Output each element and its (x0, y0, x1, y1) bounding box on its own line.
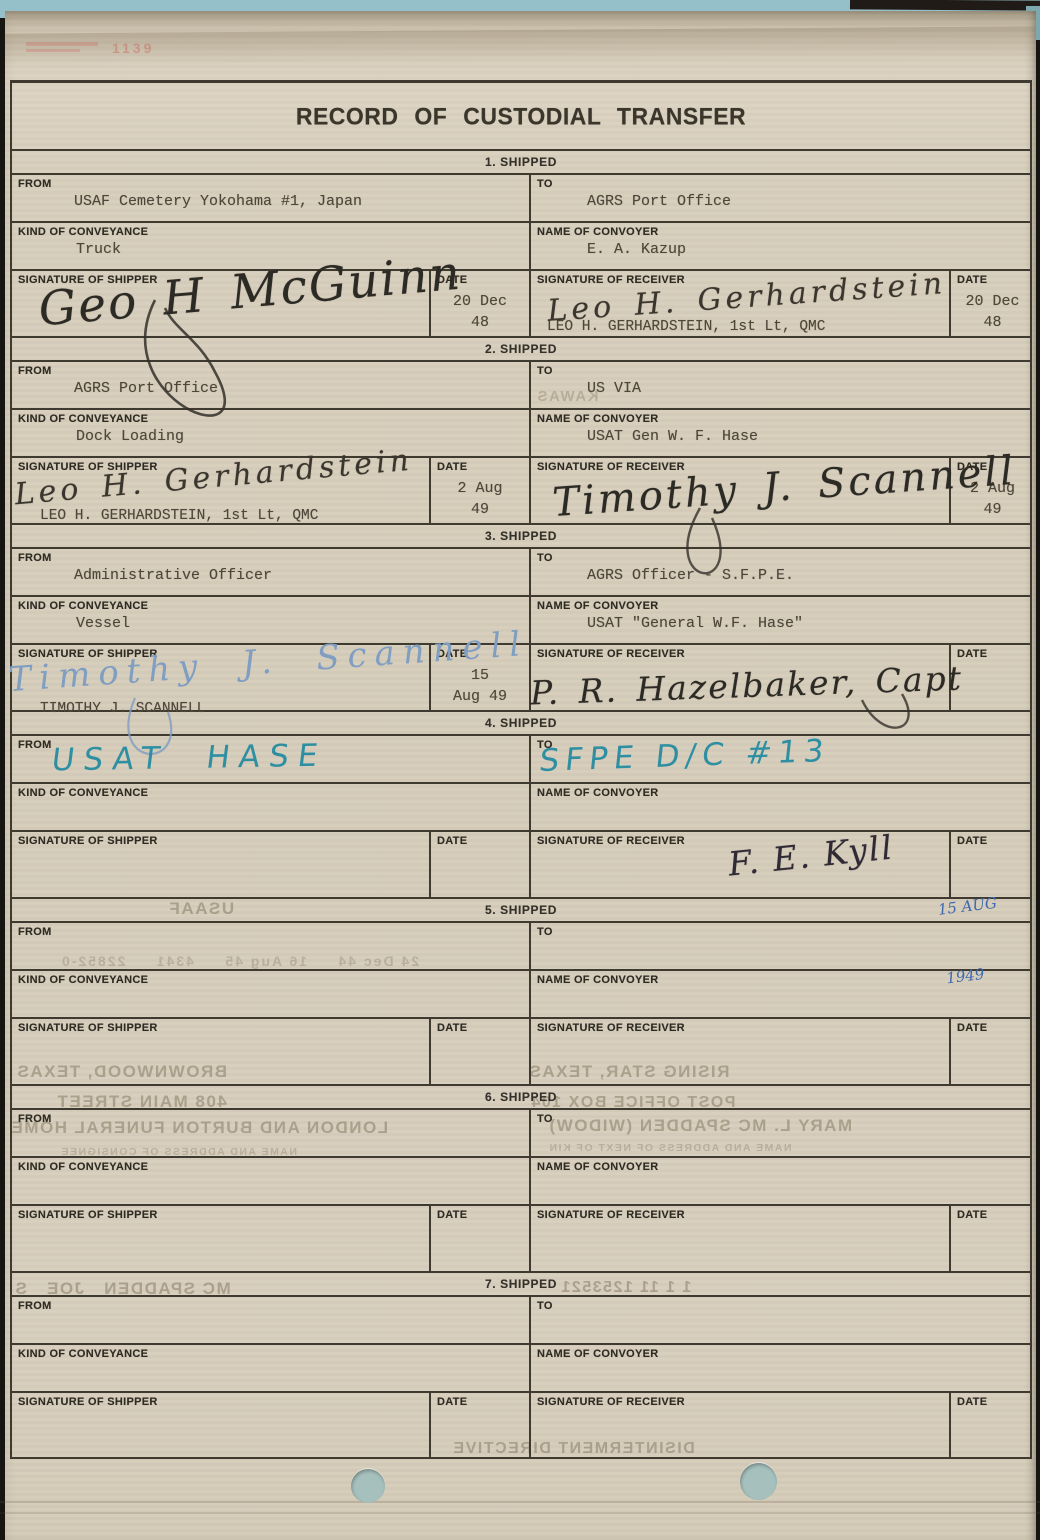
date-label: DATE (437, 648, 523, 660)
stamp-illegible-line (26, 42, 98, 46)
section-2-receiver-date-cell: DATE 2 Aug 49 (949, 458, 1034, 523)
section-3-signature-row: SIGNATURE OF SHIPPER TIMOTHY J. SCANNELL… (12, 643, 1030, 710)
form-title-row: RECORD OF CUSTODIAL TRANSFER (12, 83, 1030, 149)
sig-shipper-label: SIGNATURE OF SHIPPER (18, 274, 423, 286)
convoyer-label: NAME OF CONVOYER (537, 226, 1028, 238)
section-3-from-cell: FROM Administrative Officer (12, 549, 529, 595)
section-3-conveyance-cell: KIND OF CONVEYANCE Vessel (12, 597, 529, 643)
section-7-conveyance-cell: KIND OF CONVEYANCE (12, 1345, 529, 1391)
to-label: TO (537, 365, 1028, 377)
date-label: DATE (957, 461, 1028, 473)
section-4-receiver-sig-cell: SIGNATURE OF RECEIVER (529, 832, 949, 897)
section-7-signature-row: SIGNATURE OF SHIPPER DATE SIGNATURE OF R… (12, 1391, 1030, 1458)
conveyance-label: KIND OF CONVEYANCE (18, 1348, 523, 1360)
section-6-from-cell: FROM (12, 1110, 529, 1156)
scanned-document-page: { "scan": { "stamp_number": "1139", "pap… (0, 0, 1040, 1540)
section-2-convoyer-value: USAT Gen W. F. Hase (587, 428, 1028, 445)
punch-hole (740, 1463, 777, 1500)
section-6-signature-row: SIGNATURE OF SHIPPER DATE SIGNATURE OF R… (12, 1204, 1030, 1271)
section-3-shipper-date-2: Aug 49 (437, 688, 523, 705)
section-3-to-cell: TO AGRS Officer - S.F.P.E. (529, 549, 1034, 595)
form-title: RECORD OF CUSTODIAL TRANSFER (296, 102, 746, 130)
date-label: DATE (437, 1209, 523, 1221)
section-2-shipper-date-cell: DATE 2 Aug 49 (429, 458, 529, 523)
section-5-from-to-row: FROM TO (12, 921, 1030, 969)
section-6-shipper-date-cell: DATE (429, 1206, 529, 1271)
section-1-shipper-date-2: 48 (437, 314, 523, 331)
paper-crease (5, 26, 1036, 79)
section-1-shipper-date-1: 20 Dec (437, 293, 523, 310)
section-7-shipper-sig-cell: SIGNATURE OF SHIPPER (12, 1393, 429, 1458)
section-3-conveyance-row: KIND OF CONVEYANCE Vessel NAME OF CONVOY… (12, 595, 1030, 643)
section-1-from-value: USAF Cemetery Yokohama #1, Japan (74, 193, 523, 210)
sig-receiver-label: SIGNATURE OF RECEIVER (537, 1022, 943, 1034)
section-1-signature-row: SIGNATURE OF SHIPPER DATE 20 Dec 48 SIGN… (12, 269, 1030, 336)
section-1-receiver-sig-cell: SIGNATURE OF RECEIVER LEO H. GERHARDSTEI… (529, 271, 949, 336)
stamp-illegible-line (26, 49, 80, 52)
section-1-header: 1. SHIPPED (12, 149, 1030, 173)
date-label: DATE (437, 835, 523, 847)
conveyance-label: KIND OF CONVEYANCE (18, 413, 523, 425)
sig-receiver-label: SIGNATURE OF RECEIVER (537, 1396, 943, 1408)
section-1-from-cell: FROM USAF Cemetery Yokohama #1, Japan (12, 175, 529, 221)
to-label: TO (537, 739, 1028, 751)
from-label: FROM (18, 365, 523, 377)
section-4: 4. SHIPPED FROM TO KIND OF CONVEYANCE NA… (12, 710, 1030, 897)
section-3-conveyance-value: Vessel (76, 615, 523, 632)
section-7-header: 7. SHIPPED (12, 1271, 1030, 1295)
section-1-conveyance-cell: KIND OF CONVEYANCE Truck (12, 223, 529, 269)
section-2-shipper-typed-name: LEO H. GERHARDSTEIN, 1st Lt, QMC (40, 508, 318, 524)
date-label: DATE (437, 1396, 523, 1408)
section-7-shipper-date-cell: DATE (429, 1393, 529, 1458)
section-4-from-to-row: FROM TO (12, 734, 1030, 782)
sig-shipper-label: SIGNATURE OF SHIPPER (18, 835, 423, 847)
section-4-receiver-date-cell: DATE (949, 832, 1034, 897)
section-1-receiver-typed-name: LEO H. GERHARDSTEIN, 1st Lt, QMC (547, 319, 825, 335)
section-5-shipper-sig-cell: SIGNATURE OF SHIPPER (12, 1019, 429, 1084)
section-3-from-value: Administrative Officer (74, 567, 523, 584)
section-6: 6. SHIPPED FROM TO KIND OF CONVEYANCE NA… (12, 1084, 1030, 1271)
date-label: DATE (957, 1209, 1028, 1221)
date-label: DATE (957, 274, 1028, 286)
sig-shipper-label: SIGNATURE OF SHIPPER (18, 461, 423, 473)
stamp-number: 1139 (112, 40, 154, 56)
section-2-signature-row: SIGNATURE OF SHIPPER LEO H. GERHARDSTEIN… (12, 456, 1030, 523)
scan-dark-corner (850, 0, 1040, 11)
section-2-convoyer-cell: NAME OF CONVOYER USAT Gen W. F. Hase (529, 410, 1034, 456)
punch-hole (351, 1469, 385, 1503)
section-2-to-cell: TO US VIA (529, 362, 1034, 408)
date-label: DATE (437, 461, 523, 473)
conveyance-label: KIND OF CONVEYANCE (18, 1161, 523, 1173)
section-7-convoyer-cell: NAME OF CONVOYER (529, 1345, 1034, 1391)
from-label: FROM (18, 178, 523, 190)
section-1-convoyer-value: E. A. Kazup (587, 241, 1028, 258)
section-6-convoyer-cell: NAME OF CONVOYER (529, 1158, 1034, 1204)
section-1-receiver-date-2: 48 (957, 314, 1028, 331)
date-label: DATE (957, 1396, 1028, 1408)
sig-shipper-label: SIGNATURE OF SHIPPER (18, 1209, 423, 1221)
section-2-from-cell: FROM AGRS Port Office (12, 362, 529, 408)
section-6-shipper-sig-cell: SIGNATURE OF SHIPPER (12, 1206, 429, 1271)
to-label: TO (537, 552, 1028, 564)
section-2-conveyance-value: Dock Loading (76, 428, 523, 445)
section-1-to-cell: TO AGRS Port Office (529, 175, 1034, 221)
section-2-header: 2. SHIPPED (12, 336, 1030, 360)
section-4-shipper-sig-cell: SIGNATURE OF SHIPPER (12, 832, 429, 897)
section-2-from-value: AGRS Port Office (74, 380, 523, 397)
section-1: 1. SHIPPED FROM USAF Cemetery Yokohama #… (12, 149, 1030, 336)
to-label: TO (537, 178, 1028, 190)
section-6-from-to-row: FROM TO (12, 1108, 1030, 1156)
section-3-convoyer-value: USAT "General W.F. Hase" (587, 615, 1028, 632)
section-3-receiver-date-cell: DATE (949, 645, 1034, 710)
underlying-page-edge (0, 1501, 1040, 1503)
from-label: FROM (18, 1113, 523, 1125)
section-4-conveyance-cell: KIND OF CONVEYANCE (12, 784, 529, 830)
section-2-from-to-row: FROM AGRS Port Office TO US VIA (12, 360, 1030, 408)
conveyance-label: KIND OF CONVEYANCE (18, 600, 523, 612)
sig-receiver-label: SIGNATURE OF RECEIVER (537, 461, 943, 473)
section-2-conveyance-row: KIND OF CONVEYANCE Dock Loading NAME OF … (12, 408, 1030, 456)
section-5-receiver-date-cell: DATE (949, 1019, 1034, 1084)
sig-shipper-label: SIGNATURE OF SHIPPER (18, 1396, 423, 1408)
conveyance-label: KIND OF CONVEYANCE (18, 787, 523, 799)
section-2-receiver-date-2: 49 (957, 501, 1028, 518)
section-4-conveyance-row: KIND OF CONVEYANCE NAME OF CONVOYER (12, 782, 1030, 830)
section-5-to-cell: TO (529, 923, 1034, 969)
section-3: 3. SHIPPED FROM Administrative Officer T… (12, 523, 1030, 710)
sig-receiver-label: SIGNATURE OF RECEIVER (537, 648, 943, 660)
section-6-to-cell: TO (529, 1110, 1034, 1156)
section-6-receiver-date-cell: DATE (949, 1206, 1034, 1271)
sig-receiver-label: SIGNATURE OF RECEIVER (537, 1209, 943, 1221)
section-7-receiver-sig-cell: SIGNATURE OF RECEIVER (529, 1393, 949, 1458)
convoyer-label: NAME OF CONVOYER (537, 1161, 1028, 1173)
section-6-header: 6. SHIPPED (12, 1084, 1030, 1108)
section-1-to-value: AGRS Port Office (587, 193, 1028, 210)
sig-shipper-label: SIGNATURE OF SHIPPER (18, 1022, 423, 1034)
convoyer-label: NAME OF CONVOYER (537, 787, 1028, 799)
section-3-shipper-date-1: 15 (437, 667, 523, 684)
sig-shipper-label: SIGNATURE OF SHIPPER (18, 648, 423, 660)
faint-red-stamp: 1139 (26, 42, 98, 55)
to-label: TO (537, 1113, 1028, 1125)
section-2-receiver-sig-cell: SIGNATURE OF RECEIVER (529, 458, 949, 523)
section-3-shipper-date-cell: DATE 15 Aug 49 (429, 645, 529, 710)
section-4-shipper-date-cell: DATE (429, 832, 529, 897)
section-7-from-to-row: FROM TO (12, 1295, 1030, 1343)
section-2-receiver-date-1: 2 Aug (957, 480, 1028, 497)
section-2-conveyance-cell: KIND OF CONVEYANCE Dock Loading (12, 410, 529, 456)
section-6-receiver-sig-cell: SIGNATURE OF RECEIVER (529, 1206, 949, 1271)
section-1-shipper-sig-cell: SIGNATURE OF SHIPPER (12, 271, 429, 336)
conveyance-label: KIND OF CONVEYANCE (18, 226, 523, 238)
section-7-from-cell: FROM (12, 1297, 529, 1343)
section-1-receiver-date-cell: DATE 20 Dec 48 (949, 271, 1034, 336)
section-1-receiver-date-1: 20 Dec (957, 293, 1028, 310)
section-5-convoyer-cell: NAME OF CONVOYER (529, 971, 1034, 1017)
section-5-signature-row: SIGNATURE OF SHIPPER DATE SIGNATURE OF R… (12, 1017, 1030, 1084)
section-1-conveyance-value: Truck (76, 241, 523, 258)
section-7-to-cell: TO (529, 1297, 1034, 1343)
section-5-from-cell: FROM (12, 923, 529, 969)
convoyer-label: NAME OF CONVOYER (537, 1348, 1028, 1360)
from-label: FROM (18, 1300, 523, 1312)
conveyance-label: KIND OF CONVEYANCE (18, 974, 523, 986)
section-2: 2. SHIPPED FROM AGRS Port Office TO US V… (12, 336, 1030, 523)
section-1-conveyance-row: KIND OF CONVEYANCE Truck NAME OF CONVOYE… (12, 221, 1030, 269)
to-label: TO (537, 1300, 1028, 1312)
section-4-signature-row: SIGNATURE OF SHIPPER DATE SIGNATURE OF R… (12, 830, 1030, 897)
sig-receiver-label: SIGNATURE OF RECEIVER (537, 835, 943, 847)
section-1-shipper-date-cell: DATE 20 Dec 48 (429, 271, 529, 336)
sig-receiver-label: SIGNATURE OF RECEIVER (537, 274, 943, 286)
section-1-convoyer-cell: NAME OF CONVOYER E. A. Kazup (529, 223, 1034, 269)
date-label: DATE (437, 274, 523, 286)
section-1-from-to-row: FROM USAF Cemetery Yokohama #1, Japan TO… (12, 173, 1030, 221)
convoyer-label: NAME OF CONVOYER (537, 974, 1028, 986)
section-4-convoyer-cell: NAME OF CONVOYER (529, 784, 1034, 830)
section-5-header: 5. SHIPPED (12, 897, 1030, 921)
section-4-to-cell: TO (529, 736, 1034, 782)
section-2-shipper-date-1: 2 Aug (437, 480, 523, 497)
section-7-conveyance-row: KIND OF CONVEYANCE NAME OF CONVOYER (12, 1343, 1030, 1391)
section-3-header: 3. SHIPPED (12, 523, 1030, 547)
date-label: DATE (437, 1022, 523, 1034)
convoyer-label: NAME OF CONVOYER (537, 413, 1028, 425)
section-3-receiver-sig-cell: SIGNATURE OF RECEIVER (529, 645, 949, 710)
section-4-from-cell: FROM (12, 736, 529, 782)
section-6-conveyance-cell: KIND OF CONVEYANCE (12, 1158, 529, 1204)
date-label: DATE (957, 648, 1028, 660)
date-label: DATE (957, 835, 1028, 847)
to-label: TO (537, 926, 1028, 938)
section-3-convoyer-cell: NAME OF CONVOYER USAT "General W.F. Hase… (529, 597, 1034, 643)
section-7: 7. SHIPPED FROM TO KIND OF CONVEYANCE NA… (12, 1271, 1030, 1458)
convoyer-label: NAME OF CONVOYER (537, 600, 1028, 612)
from-label: FROM (18, 739, 523, 751)
section-2-shipper-date-2: 49 (437, 501, 523, 518)
section-3-shipper-typed-name: TIMOTHY J. SCANNELL (40, 701, 205, 717)
section-7-receiver-date-cell: DATE (949, 1393, 1034, 1458)
section-5-shipper-date-cell: DATE (429, 1019, 529, 1084)
section-3-shipper-sig-cell: SIGNATURE OF SHIPPER TIMOTHY J. SCANNELL (12, 645, 429, 710)
section-3-to-value: AGRS Officer - S.F.P.E. (587, 567, 1028, 584)
section-3-from-to-row: FROM Administrative Officer TO AGRS Offi… (12, 547, 1030, 595)
date-label: DATE (957, 1022, 1028, 1034)
section-2-to-value: US VIA (587, 380, 1028, 397)
section-5-conveyance-row: KIND OF CONVEYANCE NAME OF CONVOYER (12, 969, 1030, 1017)
custodial-transfer-form: RECORD OF CUSTODIAL TRANSFER 1. SHIPPED … (10, 80, 1032, 1459)
from-label: FROM (18, 552, 523, 564)
section-2-shipper-sig-cell: SIGNATURE OF SHIPPER LEO H. GERHARDSTEIN… (12, 458, 429, 523)
section-5-receiver-sig-cell: SIGNATURE OF RECEIVER (529, 1019, 949, 1084)
section-5-conveyance-cell: KIND OF CONVEYANCE (12, 971, 529, 1017)
underlying-page-edge (0, 1512, 1040, 1514)
section-5: 5. SHIPPED FROM TO KIND OF CONVEYANCE NA… (12, 897, 1030, 1084)
from-label: FROM (18, 926, 523, 938)
section-6-conveyance-row: KIND OF CONVEYANCE NAME OF CONVOYER (12, 1156, 1030, 1204)
